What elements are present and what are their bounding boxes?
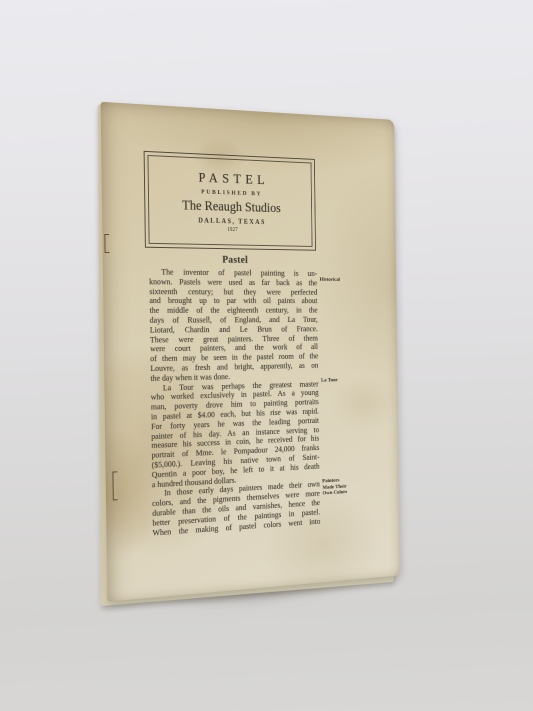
margin-note-line: La Tour <box>321 377 358 384</box>
article-heading: Pastel <box>149 254 317 267</box>
text-line: and brought up to par with oil paints ab… <box>149 297 317 307</box>
booklet: PASTEL PUBLISHED BY The Reaugh Studios D… <box>101 102 400 602</box>
margin-note-line: Own Colors <box>322 489 359 497</box>
booklet-cover-page: PASTEL PUBLISHED BY The Reaugh Studios D… <box>101 102 400 602</box>
photo-backdrop: PASTEL PUBLISHED BY The Reaugh Studios D… <box>0 0 533 711</box>
published-by-label: PUBLISHED BY <box>201 189 262 197</box>
staple-bottom-icon <box>112 471 117 500</box>
paragraph-historical: The inventor of pastel painting is un- k… <box>149 268 318 384</box>
paragraph-la-tour: La Tour was perhaps the greatest master … <box>151 379 320 489</box>
text-line: known. Pastels were used as far back as … <box>149 277 317 288</box>
text-line: sixteenth century; but they were perfect… <box>149 287 317 297</box>
publisher-name: The Reaugh Studios <box>182 198 281 216</box>
paragraph-pigments: In those early days painters made their … <box>152 480 320 538</box>
title-box: PASTEL PUBLISHED BY The Reaugh Studios D… <box>144 151 316 251</box>
margin-note-la-tour: La Tour <box>321 377 358 384</box>
publication-year: 1927 <box>227 227 238 233</box>
margin-note-painters-colors: Painters Made Their Own Colors <box>322 477 359 498</box>
title-box-inner-border: PASTEL PUBLISHED BY The Reaugh Studios D… <box>147 155 312 247</box>
article-column: Pastel The inventor of pastel painting i… <box>149 254 321 538</box>
staple-top-icon <box>104 234 109 253</box>
margin-note-historical: Historical <box>320 277 357 283</box>
publisher-location: DALLAS, TEXAS <box>198 218 266 227</box>
margin-note-line: Historical <box>320 277 357 283</box>
booklet-title: PASTEL <box>194 170 269 188</box>
